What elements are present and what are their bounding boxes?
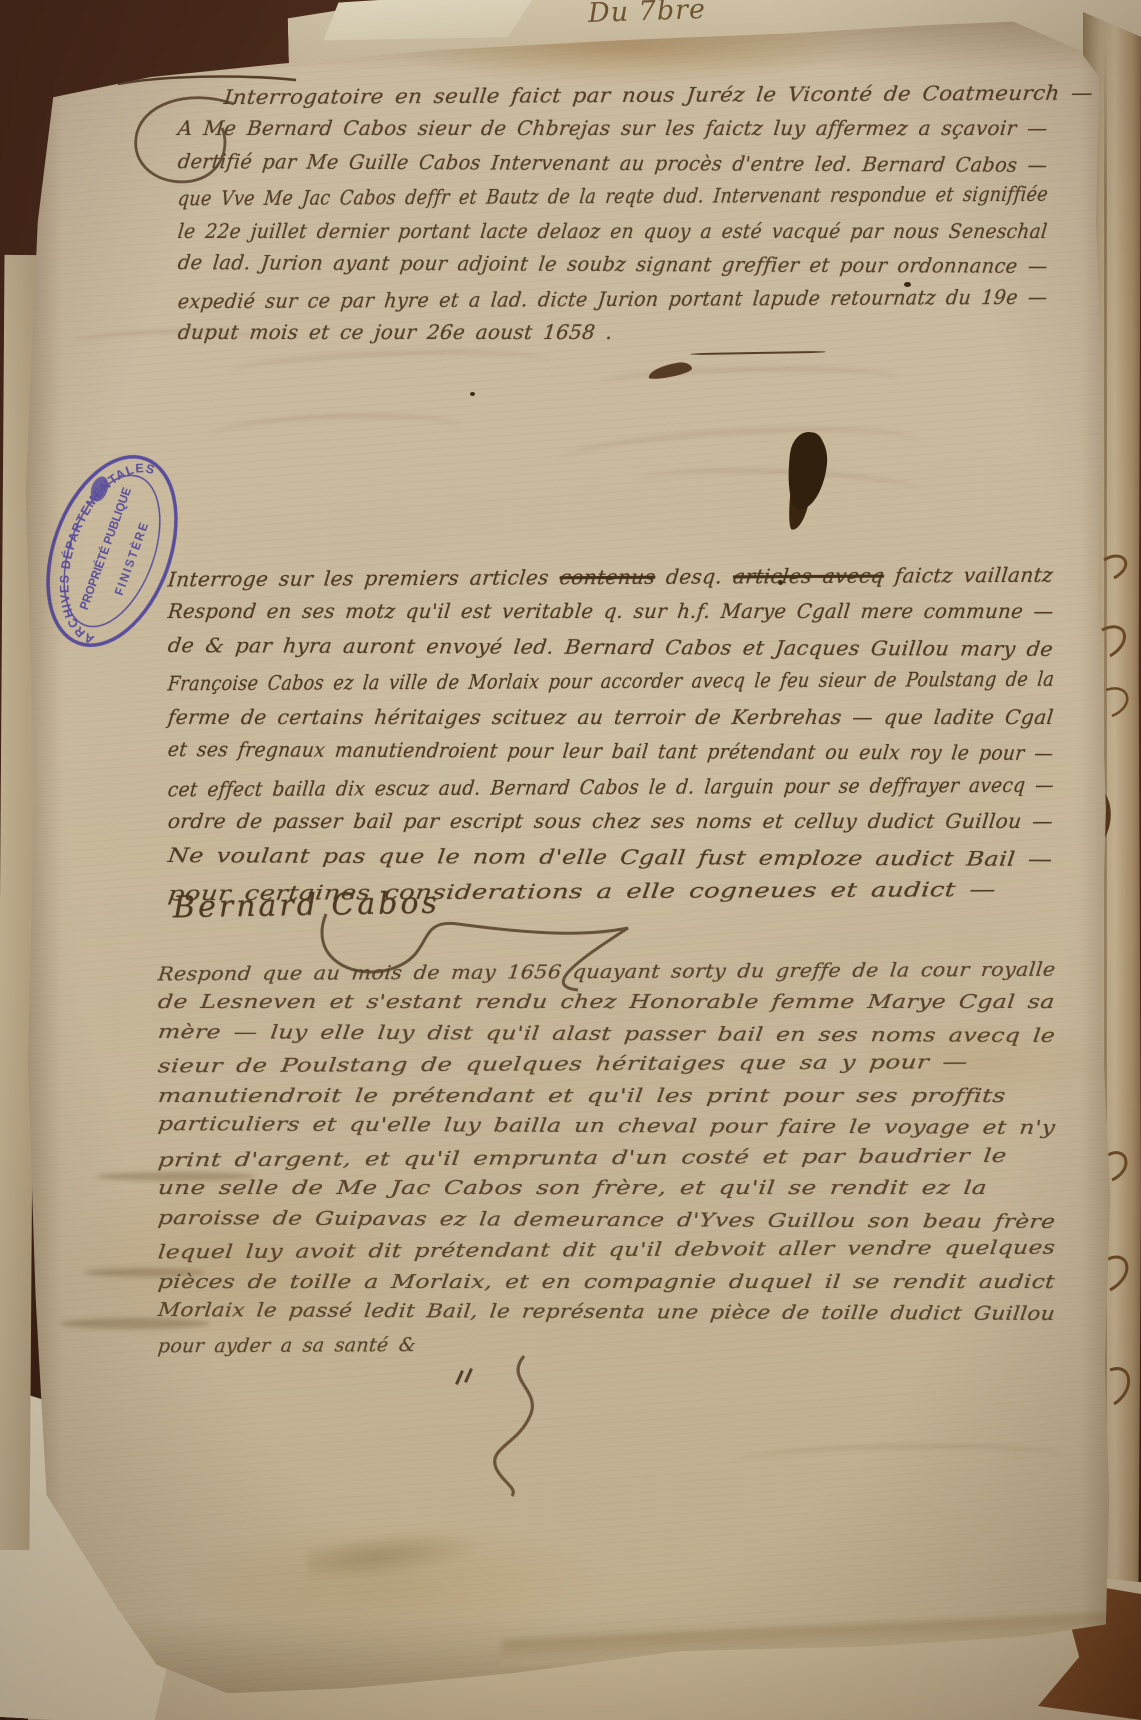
handwritten-line: paroisse de Guipavas ez la demeurance d'…: [158, 1206, 1058, 1241]
verso-page-header: Du 7bre: [587, 0, 706, 29]
handwritten-line: pour ayder a sa santé &: [158, 1330, 1058, 1366]
handwritten-line: Françoise Cabos ez la ville de Morlaix p…: [168, 667, 1056, 707]
handwritten-line: de Lesneven et s'estant rendu chez Honor…: [158, 991, 1058, 1022]
show-through-trace: [70, 328, 270, 358]
handwritten-line: Ne voulant pas que le nom d'elle Cgall f…: [168, 842, 1056, 881]
closing-flourish: [446, 1350, 576, 1500]
handwritten-line: cet effect bailla dix escuz aud. Bernard…: [168, 772, 1056, 812]
interrogation-opening-paragraph: Interrogatoire en seulle faict par nous …: [178, 82, 1050, 354]
struck-out-text: articles avecq: [732, 564, 885, 589]
handwritten-line: dertifié par Me Guille Cabos Intervenant…: [178, 148, 1050, 186]
show-through-trace: [210, 411, 461, 453]
handwritten-line: de & par hyra auront envoyé led. Bernard…: [168, 632, 1056, 671]
ink-speck: [904, 282, 911, 287]
first-response-paragraph: Interroge sur les premiers articles cont…: [168, 564, 1056, 914]
handwritten-line: Respond que au mois de may 1656 quayant …: [158, 958, 1058, 994]
margin-smudge: [60, 1318, 210, 1329]
second-response-paragraph: Respond que au mois de may 1656 quayant …: [158, 960, 1058, 1363]
ink-smudge: [304, 1523, 488, 1586]
show-through-trace: [640, 465, 921, 508]
handwritten-line: le 22e juillet dernier portant lacte del…: [178, 218, 1050, 252]
handwritten-line: A Me Bernard Cabos sieur de Chbrejas sur…: [178, 116, 1050, 150]
handwritten-line: mère — luy elle luy dist qu'il alast pas…: [158, 1020, 1058, 1055]
handwritten-line: de lad. Jurion ayant pour adjoint le sou…: [178, 250, 1050, 288]
handwritten-line: ordre de passer bail par escript sous ch…: [168, 809, 1056, 844]
handwritten-line: expedié sur ce par hyre et a lad. dicte …: [178, 284, 1050, 323]
margin-smudge: [96, 1172, 256, 1181]
handwritten-line: pièces de toille a Morlaix, et en compag…: [158, 1270, 1058, 1301]
handwritten-line: lequel luy avoit dit prétendant dit qu'i…: [158, 1237, 1058, 1273]
handwritten-line: Interroge sur les premiers articles cont…: [168, 562, 1056, 602]
ink-speck: [470, 392, 475, 396]
margin-smudge: [84, 1268, 206, 1277]
handwritten-line: particuliers et qu'elle luy bailla un ch…: [158, 1113, 1058, 1148]
handwritten-line: print d'argent, et qu'il emprunta d'un c…: [158, 1144, 1058, 1180]
handwritten-line: Morlaix le passé ledit Bail, le représen…: [158, 1299, 1058, 1334]
show-through-trace: [600, 365, 900, 395]
handwritten-line: que Vve Me Jac Cabos deffr et Bautz de l…: [178, 182, 1050, 221]
archival-photograph: Du 7bre 25 26e aoust 1658 Interrogatoire…: [0, 0, 1141, 1720]
ink-marks-next-page: [1096, 540, 1141, 740]
handwritten-line: une selle de Me Jac Cabos son frère, et …: [158, 1177, 1058, 1208]
handwritten-line: Interrogatoire en seulle faict par nous …: [178, 80, 1050, 119]
date-heading: 25 26e aoust 1658: [56, 36, 325, 72]
handwritten-line: sieur de Poulstang de quelques héritaige…: [158, 1051, 1058, 1087]
manuscript-page: 25 26e aoust 1658 Interrogatoire en seul…: [18, 20, 1118, 1700]
handwritten-line: manutiendroit le prétendant et qu'il les…: [158, 1084, 1058, 1115]
handwritten-line: duput mois et ce jour 26e aoust 1658 .: [178, 320, 1050, 354]
handwritten-line: Respond en ses motz qu'il est veritable …: [168, 599, 1056, 634]
handwritten-line: et ses fregnaux manutiendroient pour leu…: [168, 737, 1056, 776]
struck-out-text: contenus: [559, 565, 657, 590]
show-through-trace: [735, 1442, 1065, 1477]
handwritten-line: ferme de certains héritaiges scituez au …: [168, 704, 1056, 739]
